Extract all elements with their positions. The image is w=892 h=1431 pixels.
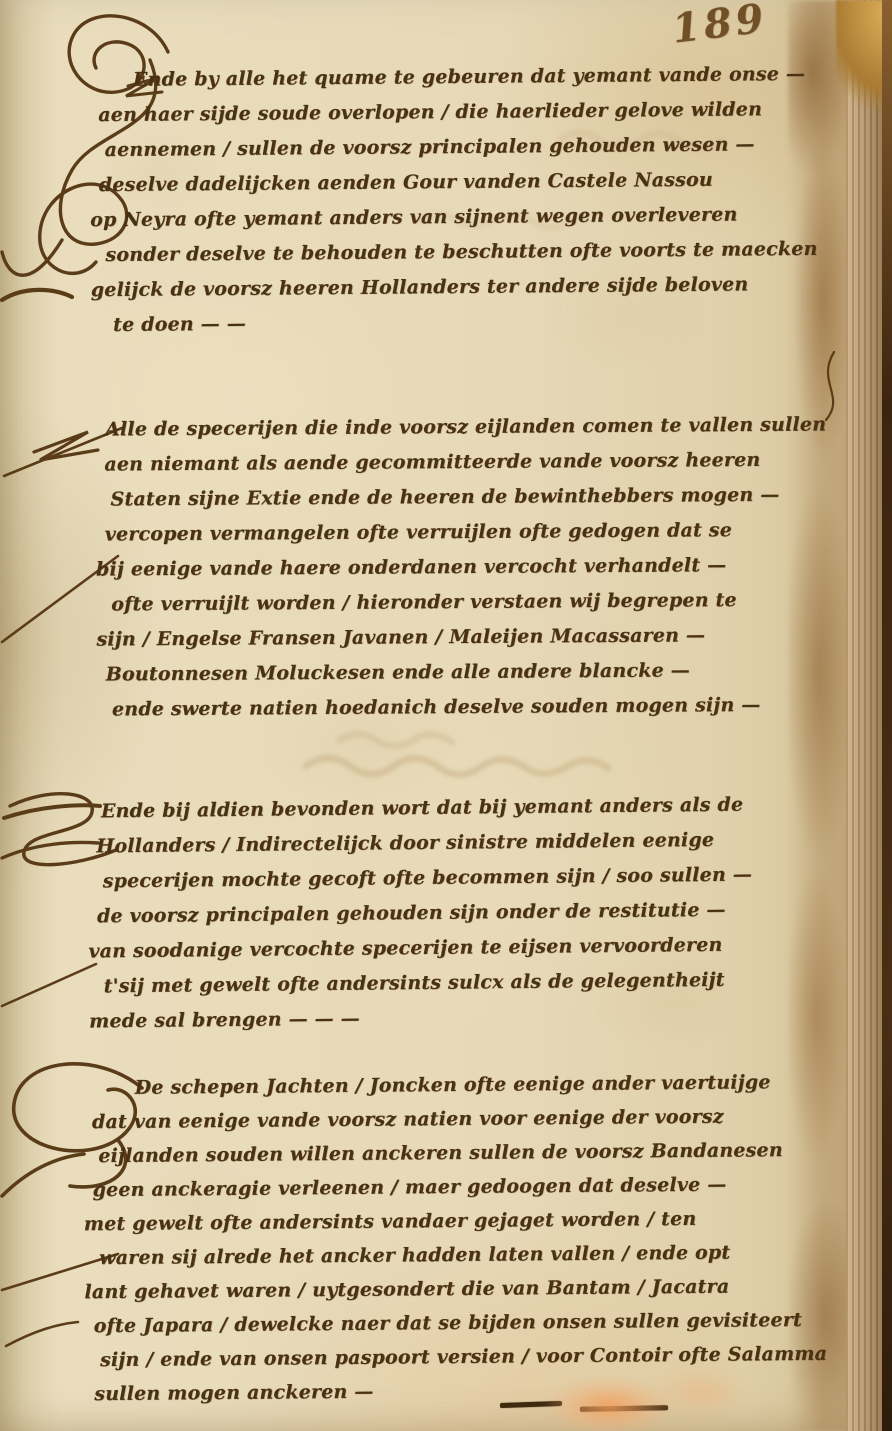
text-line: ofte verruijlt worden / hieronder versta… — [111, 582, 827, 622]
text-line: Alle de specerijen die inde voorsz eijla… — [105, 407, 826, 447]
text-line: bij eenige vande haere onderdanen vercoc… — [96, 547, 827, 587]
text-line: vercopen vermangelen ofte verruijlen oft… — [105, 512, 827, 552]
text-line: geen anckeragie verleenen / maer gedooge… — [92, 1167, 825, 1207]
binding-shadow — [882, 0, 892, 1431]
paragraph-1: Ende by alle het quame te gebeuren dat y… — [89, 57, 819, 343]
text-line: Staten sijne Extie ende de heeren de bew… — [110, 477, 826, 517]
folio-number: 189 — [670, 0, 770, 50]
paragraph-4: De schepen Jachten / Joncken ofte eenige… — [83, 1065, 828, 1411]
text-line: gelijck de voorsz heeren Hollanders ter … — [91, 267, 818, 308]
paragraph-3: Ende bij aldien bevonden wort dat bij ye… — [87, 788, 754, 1040]
text-line: t'sij met gewelt ofte andersints sulcx a… — [104, 963, 754, 1005]
text-line: sijn / ende van onsen paspoort versien /… — [100, 1337, 827, 1377]
manuscript-photo: 189 Ende by alle het quame te gebeuren d… — [0, 0, 892, 1431]
text-line: ende swerte natien hoedanich deselve sou… — [112, 687, 828, 727]
text-line: Boutonnesen Moluckesen ende alle andere … — [106, 652, 828, 692]
text-line: Ende by alle het quame te gebeuren dat y… — [133, 57, 816, 98]
text-line: aen niemant als aende gecommitteerde van… — [104, 442, 826, 482]
paragraph-2: Alle de specerijen die inde voorsz eijla… — [95, 407, 828, 727]
text-line: sijn / Engelse Fransen Javanen / Maleije… — [96, 617, 827, 657]
text-line: mede sal brengen — — — — [89, 998, 754, 1040]
text-line: sullen mogen anckeren — — [94, 1371, 827, 1411]
text-line: te doen — — — [113, 302, 818, 343]
book-fore-edge — [846, 0, 882, 1431]
